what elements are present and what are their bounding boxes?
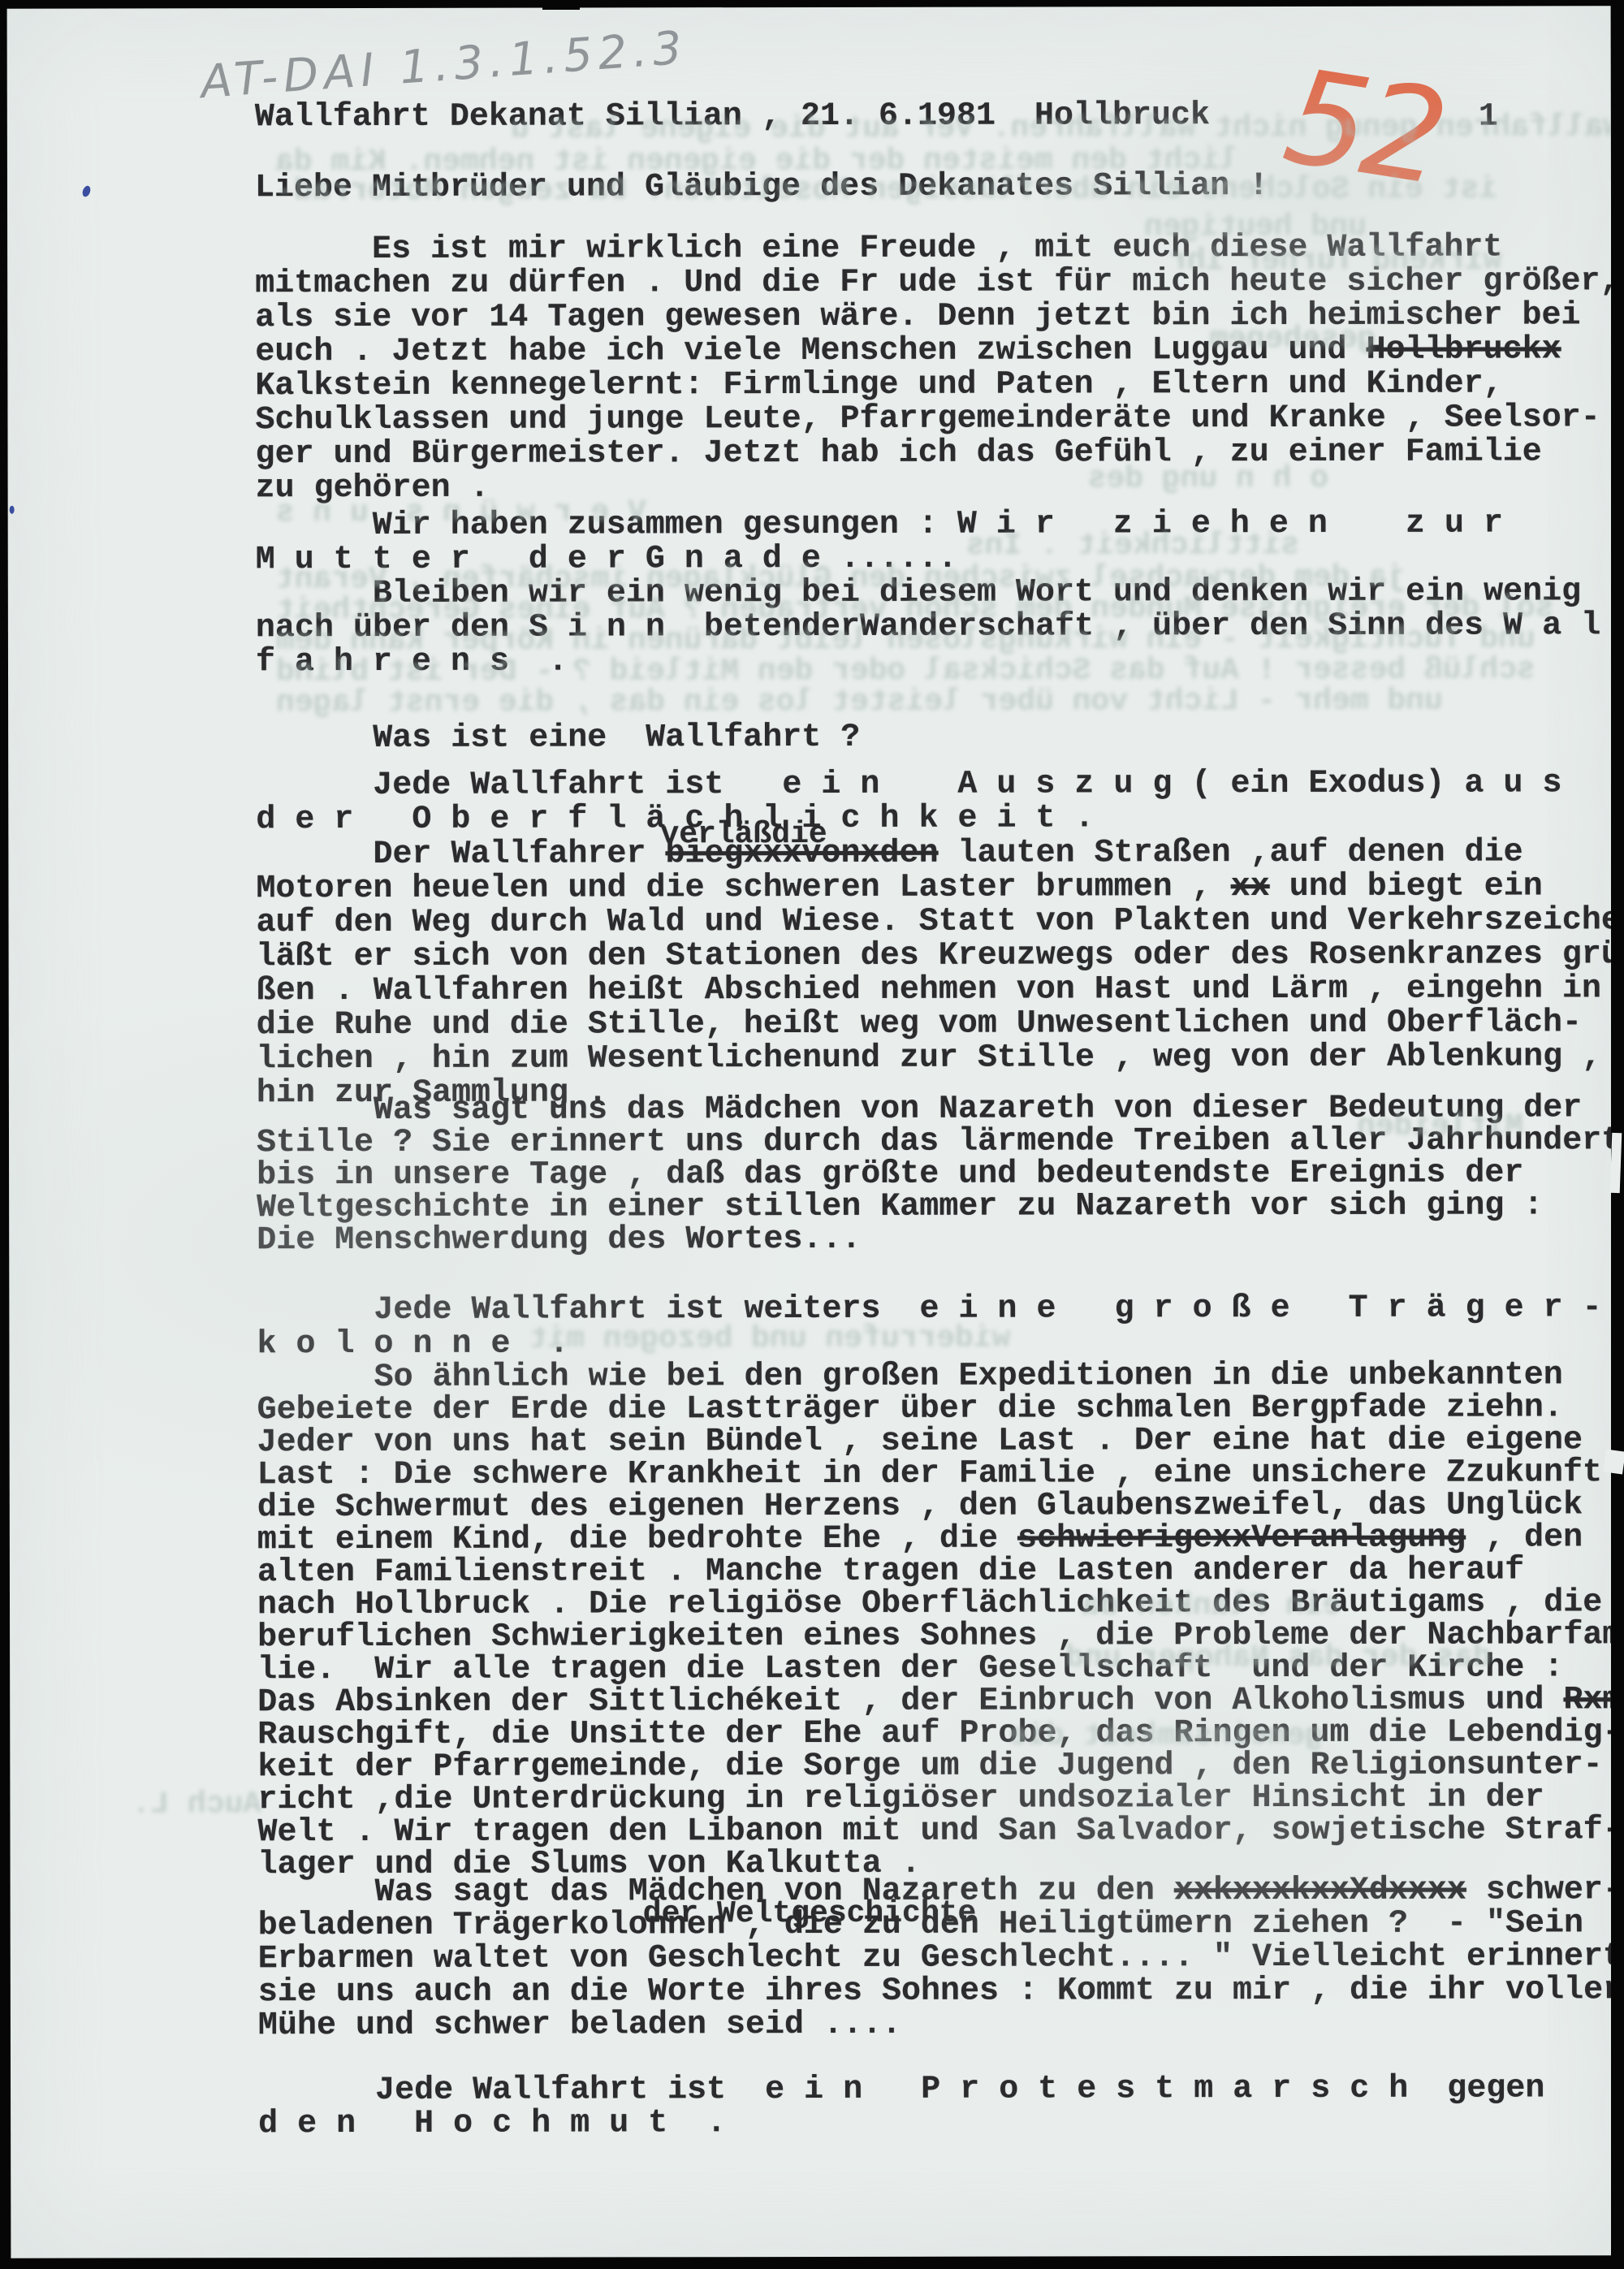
struck-out-text: schwierigexxVeranlagung	[1017, 1520, 1466, 1558]
typed-line: sie uns auch an die Worte ihres Sohnes :…	[258, 1973, 1615, 2009]
corrected-text: der Weltgeschichte von Nazareth zu den	[765, 1874, 1174, 1908]
bleedthrough-text: gemeinsamkeit die	[1009, 1718, 1324, 1754]
typed-segment: Die Menschwerdung des Wortes...	[257, 1221, 861, 1259]
bleedthrough-text: wallfahren genug nicht wallfahren. Ver a…	[511, 110, 1615, 146]
typed-paragraph: Was ist eine Wallfahrt ?	[256, 721, 860, 756]
typed-paragraph: Der Wallfahrer verläßdiebiegxxxvonxden l…	[256, 836, 1614, 1111]
paper-sheet: AT-DAI 1.3.1.52.3 Wallfahrt Dekanat Sill…	[7, 6, 1615, 2258]
interlinear-insertion: der Weltgeschichte	[643, 1897, 977, 1931]
typed-paragraph: So ähnlich wie bei den großen Expedition…	[257, 1359, 1614, 1882]
typed-line: ßen . Wallfahren heißt Abschied nehmen v…	[257, 972, 1615, 1009]
typed-segment: lauten Straßen ,auf denen die	[939, 834, 1523, 871]
bleedthrough-text: Auch L.	[132, 1787, 261, 1822]
bleedthrough-text: widerrufen und bezogen mit	[529, 1321, 1010, 1357]
typed-line: Weltgeschichte in einer stillen Kammer z…	[257, 1190, 1614, 1225]
typed-line: Was ist eine Wallfahrt ?	[256, 721, 860, 756]
bleedthrough-text: und mehr - Licht von über leistet los ei…	[276, 684, 1443, 721]
typed-line: euch . Jetzt habe ich viele Menschen zwi…	[255, 333, 1614, 370]
typed-segment: Weltgeschichte in einer stillen Kammer z…	[257, 1187, 1543, 1226]
typed-segment: ger und Bürgermeister. Jetzt hab ich das…	[256, 434, 1542, 473]
typed-segment: k o l o n n e .	[257, 1326, 568, 1364]
typed-line: Die Menschwerdung des Wortes...	[257, 1222, 1614, 1257]
scanned-document-page: { "colors": { "paper": "#e9eeec", "ink":…	[0, 0, 1624, 2269]
typed-line: ger und Bürgermeister. Jetzt hab ich das…	[256, 435, 1615, 472]
bleedthrough-text: wirkend Turner ihr	[1168, 244, 1502, 279]
typed-segment: Schulklassen und junge Leute, Pfarrgemei…	[255, 400, 1600, 439]
ink-speck	[10, 506, 15, 514]
bleedthrough-text: V e r w ü n s u n s	[276, 495, 646, 530]
typed-line: die Ruhe und die Stille, heißt weg vom U…	[257, 1006, 1615, 1043]
typed-line: Schulklassen und junge Leute, Pfarrgemei…	[255, 401, 1614, 438]
typed-paragraph: Was sagt das Mädchender Weltgeschichte v…	[258, 1874, 1615, 2042]
bleedthrough-text: sittlichkeit . Ins	[966, 528, 1300, 564]
typed-segment: ßen . Wallfahren heißt Abschied nehmen v…	[257, 970, 1601, 1009]
typed-segment: Jede Wallfahrt ist e i n A u s z u g ( e…	[256, 765, 1561, 804]
typed-line: Welt . Wir tragen den Libanon mit und Sa…	[257, 1814, 1614, 1849]
typed-segment: euch . Jetzt habe ich viele Menschen zwi…	[255, 332, 1366, 370]
typed-line: Der Wallfahrer verläßdiebiegxxxvonxden l…	[256, 836, 1614, 872]
typed-segment: , den	[1466, 1519, 1583, 1556]
typed-segment: die Ruhe und die Stille, heißt weg vom U…	[257, 1005, 1582, 1044]
typed-line: lichen , hin zum Wesentlichenund zur Sti…	[257, 1040, 1615, 1077]
typed-segment: und biegt ein	[1270, 868, 1543, 905]
typed-segment: Was ist eine Wallfahrt ?	[256, 720, 860, 757]
typed-line: Motoren heuelen und die schweren Laster …	[256, 870, 1614, 906]
struck-out-text: Hollbruckx	[1367, 331, 1561, 368]
typed-segment: auf den Weg durch Wald und Wiese. Statt …	[257, 902, 1615, 941]
typed-segment: Welt . Wir tragen den Libanon mit und Sa…	[257, 1812, 1614, 1851]
typed-line: d e n H o c h m u t .	[258, 2105, 1544, 2141]
paper-tear-right	[1603, 1449, 1624, 1474]
paper-sliver-right	[1610, 1133, 1622, 1193]
scan-border-notch	[542, 0, 580, 10]
bleedthrough-text: Mitleiden	[1357, 1109, 1523, 1143]
bleedthrough-text: und heutigen	[1144, 210, 1367, 244]
typed-segment: Kalkstein kennegelernt: Firmlinge und Pa…	[255, 366, 1502, 405]
struck-out-text: xx	[1231, 869, 1270, 905]
struck-out-text: xxkxxxkxxXdxxxx	[1174, 1873, 1466, 1910]
struck-out-text: Rxm	[1563, 1682, 1614, 1718]
typed-line: Was sagt das Mädchender Weltgeschichte v…	[258, 1874, 1615, 1909]
typed-segment: lichen , hin zum Wesentlichenund zur Sti…	[257, 1039, 1601, 1078]
bleedthrough-text: das der das Nahoper und	[1065, 1640, 1492, 1676]
typed-line: Jede Wallfahrt ist e i n A u s z u g ( e…	[256, 767, 1561, 803]
typed-segment: Mühe und schwer beladen seid ....	[258, 2007, 901, 2044]
typed-segment: schwer-	[1466, 1872, 1615, 1908]
typed-line: Jede Wallfahrt ist e i n P r o t e s t m…	[258, 2072, 1544, 2107]
typed-line: auf den Weg durch Wald und Wiese. Statt …	[257, 904, 1615, 940]
bleedthrough-text: ein Flanken da	[1082, 1588, 1341, 1624]
typed-segment: d e n H o c h m u t .	[258, 2105, 726, 2142]
typed-line: Kalkstein kennegelernt: Firmlinge und Pa…	[255, 367, 1614, 404]
typed-line: als sie vor 14 Tagen gewesen wäre. Denn …	[255, 299, 1614, 335]
typed-segment: Motoren heuelen und die schweren Laster …	[256, 869, 1230, 907]
typed-line: d e r O b e r f l ä c h l i c h k e i t …	[256, 801, 1561, 837]
bleedthrough-text: gesehenem	[1209, 322, 1376, 357]
typed-line: Erbarmen waltet von Geschlecht zu Geschl…	[258, 1940, 1615, 1976]
typed-line: läßt er sich von den Stationen des Kreuz…	[257, 938, 1615, 975]
typed-segment: als sie vor 14 Tagen gewesen wäre. Denn …	[255, 297, 1580, 336]
typed-paragraph: Jede Wallfahrt ist e i n P r o t e s t m…	[258, 2072, 1544, 2141]
corrected-text: verläßdiebiegxxxvonxden	[665, 837, 938, 872]
typed-paragraph: Jede Wallfahrt ist e i n A u s z u g ( e…	[256, 767, 1561, 837]
typed-segment: Der Wallfahrer	[256, 836, 665, 873]
typed-segment: läßt er sich von den Stationen des Kreuz…	[257, 936, 1615, 975]
typed-line: Mühe und schwer beladen seid ....	[258, 2007, 1615, 2042]
typed-segment: Jede Wallfahrt ist e i n P r o t e s t m…	[258, 2070, 1544, 2109]
bleedthrough-text: o h n ung des	[1088, 461, 1329, 497]
bleedthrough-text: ist ein Solchens ein überflüssigen Mosel…	[275, 172, 1497, 210]
interlinear-insertion: verläßdie	[660, 818, 827, 852]
typed-segment: sie uns auch an die Worte ihres Sohnes :…	[258, 1972, 1615, 2011]
